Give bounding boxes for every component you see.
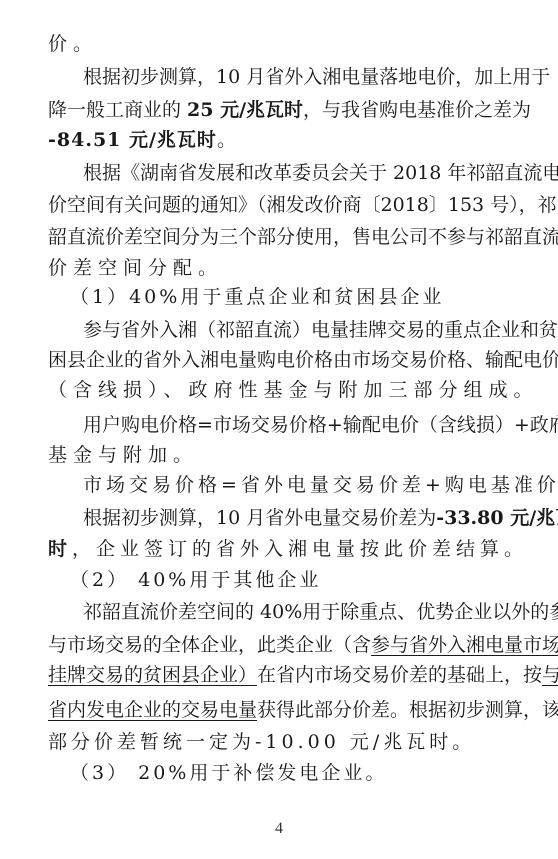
document-page: 价。 根据初步测算，10 月省外入湘电量落地电价，加上用于 降一般工商业的 25…: [0, 0, 558, 859]
paragraph-line: 韶直流价差空间分为三个部分使用，售电公司不参与祁韶直流: [48, 222, 522, 252]
text-run: 获得此部分价差。根据初步测算，该: [257, 699, 558, 721]
paragraph-line: 用户购电价格=市场交易价格+输配电价（含线损）+政府性: [83, 410, 522, 440]
paragraph-line: 省内发电企业的交易电量获得此部分价差。根据初步测算，该: [48, 695, 522, 725]
section-heading: （2） 40%用于其他企业: [70, 565, 544, 595]
paragraph-line: 与市场交易的全体企业，此类企业（含参与省外入湘电量市场: [48, 630, 522, 660]
paragraph-line: 价。: [48, 29, 522, 59]
text-run: 与市场交易的全体企业，此类企业（含: [48, 634, 371, 656]
text-run: 。: [217, 129, 236, 151]
paragraph-line: 祁韶直流价差空间的 40%用于除重点、优势企业以外的参: [83, 597, 522, 627]
paragraph-line: 根据初步测算，10 月省外电量交易价差为-33.80 元/兆瓦: [83, 503, 522, 533]
bold-value: 时: [48, 538, 72, 560]
paragraph-line: 根据初步测算，10 月省外入湘电量落地电价，加上用于: [83, 62, 522, 92]
paragraph-line: 部分价差暂统一定为-10.00 元/兆瓦时。: [48, 727, 522, 757]
paragraph-line: 价空间有关问题的通知》（湘发改价商〔2018〕153 号），祁: [48, 190, 522, 220]
text-run: ，企业签订的省外入湘电量按此价差结算。: [72, 538, 528, 560]
paragraph-line: 降一般工商业的 25 元/兆瓦时，与我省购电基准价之差为: [48, 95, 522, 125]
paragraph-line: 困县企业的省外入湘电量购电价格由市场交易价格、输配电价: [48, 345, 522, 375]
underlined-text: 省内发电企业的交易电量: [48, 699, 257, 721]
paragraph-line: 参与省外入湘（祁韶直流）电量挂牌交易的重点企业和贫: [83, 315, 522, 345]
formula-line: 市场交易价格=省外电量交易价差+购电基准价: [83, 470, 557, 500]
underlined-text: 参与省外入湘电量市场: [371, 634, 558, 656]
bold-value: 25 元/兆瓦时: [187, 99, 303, 121]
text-run: 降一般工商业的: [48, 99, 187, 121]
page-number: 4: [0, 820, 558, 838]
text-run: 根据初步测算，10 月省外电量交易价差为: [83, 507, 436, 529]
text-run: ，与我省购电基准价之差为: [303, 99, 531, 121]
paragraph-line: 时，企业签订的省外入湘电量按此价差结算。: [48, 534, 522, 564]
paragraph-line: （含线损）、政府性基金与附加三部分组成。: [48, 375, 522, 405]
underlined-text: 挂牌交易的贫困县企业）: [48, 664, 257, 686]
text-run: 在省内市场交易价差的基础上，按: [257, 664, 542, 686]
bold-value: -33.80 元/兆瓦: [436, 507, 558, 529]
paragraph-line: 根据《湖南省发展和改革委员会关于 2018 年祁韶直流电: [83, 158, 522, 188]
bold-value: -84.51 元/兆瓦时: [48, 129, 217, 151]
paragraph-line: -84.51 元/兆瓦时。: [48, 125, 522, 155]
section-heading: （3） 20%用于补偿发电企业。: [70, 758, 544, 788]
paragraph-line: 挂牌交易的贫困县企业）在省内市场交易价差的基础上，按与: [48, 660, 522, 690]
section-heading: （1）40%用于重点企业和贫困县企业: [70, 282, 544, 312]
paragraph-line: 基金与附加。: [48, 440, 522, 470]
underlined-text: 与: [542, 664, 558, 686]
paragraph-line: 价差空间分配。: [48, 253, 522, 283]
